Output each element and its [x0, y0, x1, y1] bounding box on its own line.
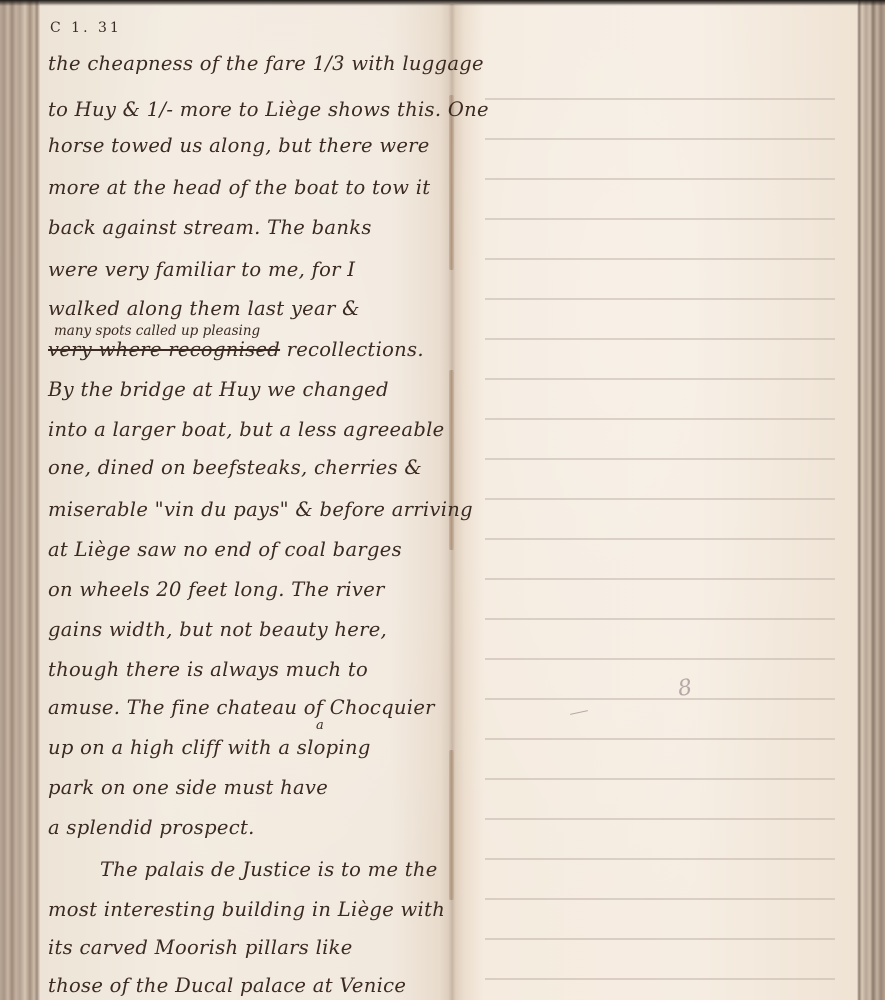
text-line-with-strikethrough: very where recognised recollections.	[48, 338, 424, 361]
text-line: walked along them last year &	[48, 297, 360, 320]
text-line: its carved Moorish pillars like	[48, 936, 353, 959]
text-line: one, dined on beefsteaks, cherries &	[48, 456, 422, 479]
right-page-edges	[857, 0, 885, 1000]
paragraph-start-line: The palais de Justice is to me the	[100, 858, 438, 881]
text-line: miserable "vin du pays" & before arrivin…	[48, 498, 473, 521]
text-line: horse towed us along, but there were	[48, 134, 430, 157]
text-line: into a larger boat, but a less agreeable	[48, 418, 445, 441]
text-line: a splendid prospect.	[48, 816, 255, 839]
text-line: more at the head of the boat to tow it	[48, 176, 430, 199]
top-shadow	[0, 0, 885, 6]
struck-text: very where recognised	[48, 338, 280, 361]
text-line: most interesting building in Liège with	[48, 898, 445, 921]
journal-spread: 8 C 1. 31 the cheapness of the fare 1/3 …	[0, 0, 885, 1000]
text-line: at Liège saw no end of coal barges	[48, 538, 402, 561]
caret-insertion: a	[316, 718, 324, 733]
text-line: were very familiar to me, for I	[48, 258, 355, 281]
text-line: park on one side must have	[48, 776, 328, 799]
text-line: back against stream. The banks	[48, 216, 372, 239]
text-line: up on a high cliff with a sloping	[48, 736, 371, 759]
text-line: the cheapness of the fare 1/3 with lugga…	[48, 52, 484, 75]
left-page-edges	[0, 0, 40, 1000]
interlinear-insertion: many spots called up pleasing	[54, 323, 260, 339]
binding-thread	[449, 750, 454, 900]
folio-number: C 1. 31	[50, 20, 122, 36]
text-line: though there is always much to	[48, 658, 368, 681]
text-line: to Huy & 1/- more to Liège shows this. O…	[48, 98, 489, 121]
text-line: amuse. The fine chateau of Chocquier	[48, 696, 435, 719]
text-line: on wheels 20 feet long. The river	[48, 578, 385, 601]
text-line: gains width, but not beauty here,	[48, 618, 387, 641]
right-page-rule-lines	[485, 60, 835, 1000]
text-line: By the bridge at Huy we changed	[48, 378, 389, 401]
text-line: those of the Ducal palace at Venice	[48, 974, 406, 997]
text-line-remainder: recollections.	[287, 338, 424, 361]
binding-thread	[449, 370, 454, 550]
binding-thread	[449, 95, 454, 270]
